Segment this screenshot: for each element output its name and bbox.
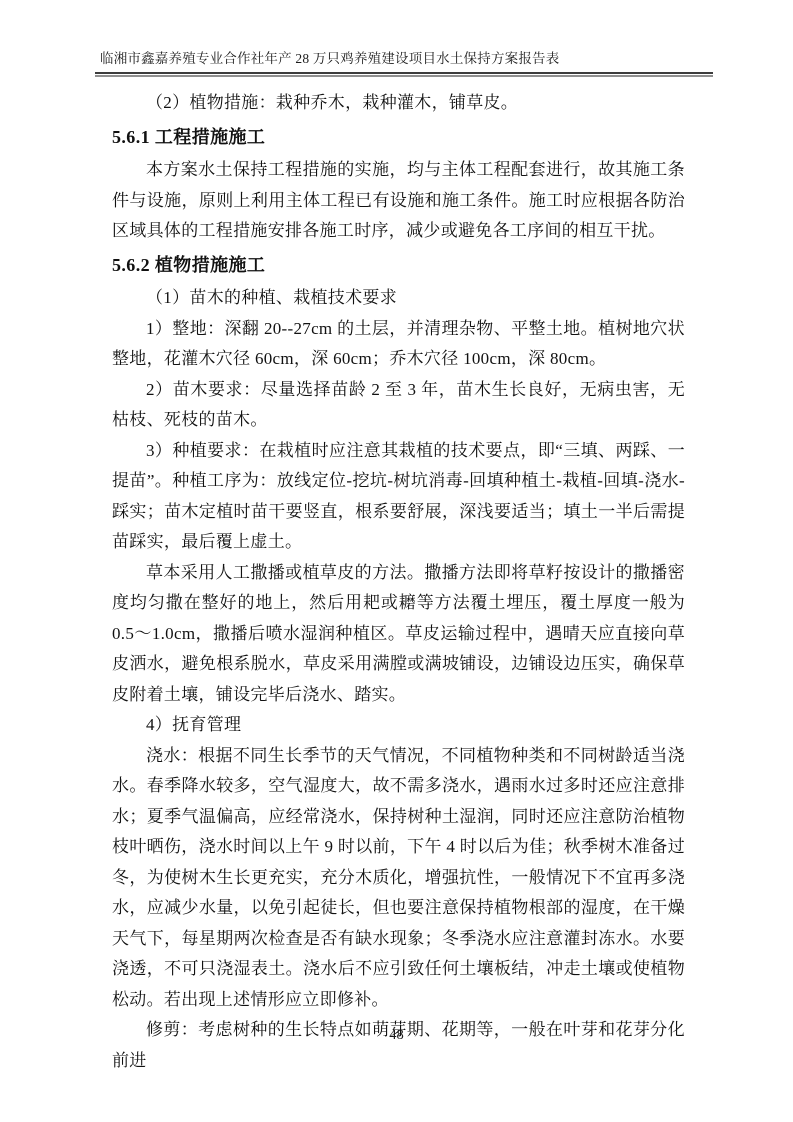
- paragraph-seedling-quality: 2）苗木要求：尽量选择苗龄 2 至 3 年，苗木生长良好，无病虫害，无枯枝、死枝…: [112, 375, 685, 436]
- page-number: 48: [389, 1027, 404, 1044]
- heading-engineering-measures-5-6-1: 5.6.1 工程措施施工: [112, 122, 685, 153]
- header-rule: [95, 72, 713, 77]
- paragraph-planting-requirements: 3）种植要求：在栽植时应注意其栽植的技术要点，即“三填、两踩、一提苗”。种植工序…: [112, 436, 685, 558]
- heading-plant-measures-5-6-2: 5.6.2 植物措施施工: [112, 250, 685, 281]
- paragraph-engineering-implementation: 本方案水土保持工程措施的实施，均与主体工程配套进行，故其施工条件与设施，原则上利…: [112, 155, 685, 247]
- paragraph-tending-management-title: 4）抚育管理: [112, 710, 685, 741]
- paragraph-grass-seeding-sodding: 草本采用人工撒播或植草皮的方法。撒播方法即将草籽按设计的撒播密度均匀撒在整好的地…: [112, 558, 685, 711]
- document-body: （2）植物措施：栽种乔木，栽种灌木，铺草皮。 5.6.1 工程措施施工 本方案水…: [112, 88, 685, 1076]
- header-rule-thin-line: [95, 75, 713, 77]
- page-header: 临湘市鑫嘉养殖专业合作社年产 28 万只鸡养殖建设项目水土保持方案报告表: [95, 50, 713, 77]
- paragraph-pruning: 修剪：考虑树种的生长特点如萌芽期、花期等，一般在叶芽和花芽分化前进: [112, 1015, 685, 1076]
- paragraph-seedling-planting-title: （1）苗木的种植、栽植技术要求: [112, 283, 685, 314]
- page-header-title: 临湘市鑫嘉养殖专业合作社年产 28 万只鸡养殖建设项目水土保持方案报告表: [95, 50, 713, 72]
- paragraph-land-preparation: 1）整地：深翻 20--27cm 的土层，并清理杂物、平整土地。植树地穴状整地，…: [112, 314, 685, 375]
- page-footer: 48: [0, 1026, 793, 1044]
- paragraph-watering-management: 浇水：根据不同生长季节的天气情况，不同植物种类和不同树龄适当浇水。春季降水较多，…: [112, 741, 685, 1016]
- paragraph-plant-measures-intro: （2）植物措施：栽种乔木，栽种灌木，铺草皮。: [112, 88, 685, 119]
